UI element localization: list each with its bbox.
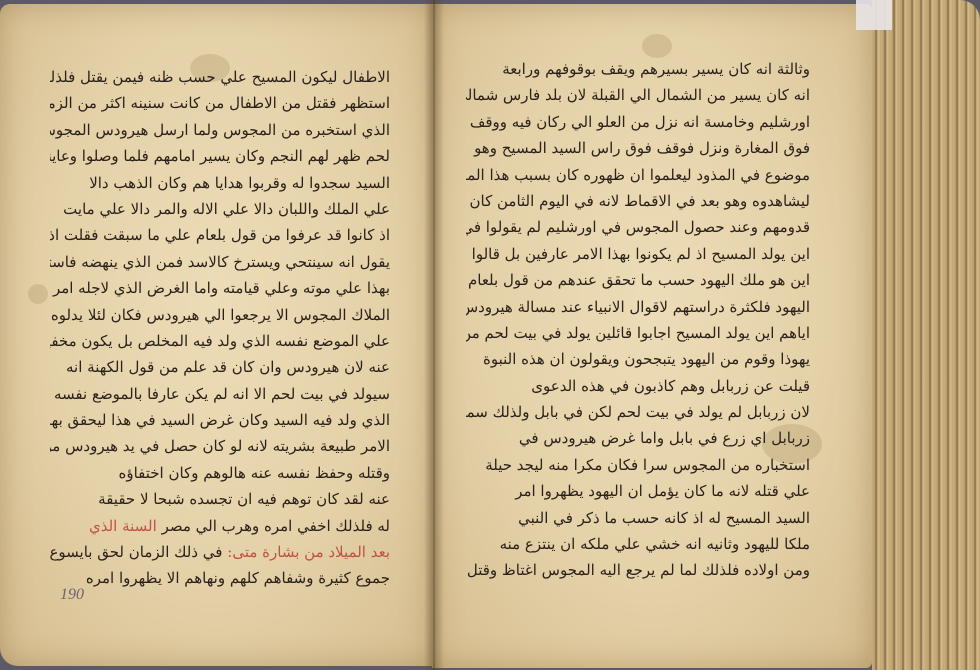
line-text: لحم ظهر لهم النجم وكان يسير امامهم فلما … bbox=[50, 147, 390, 165]
right-page: وثالثة انه كان يسير بسيرهم ويقف بوقوفهم … bbox=[432, 4, 872, 668]
manuscript-line: جموع كثيرة وشفاهم كلهم ونهاهم الا يظهروا… bbox=[50, 565, 390, 591]
stain bbox=[28, 284, 48, 304]
line-text: قيلت عن زربابل وهم كاذبون في هذه الدعوى bbox=[531, 377, 810, 395]
line-text: علي الملك واللبان دالا علي الاله والمر د… bbox=[63, 200, 390, 218]
manuscript-line: وثالثة انه كان يسير بسيرهم ويقف بوقوفهم … bbox=[466, 56, 810, 82]
manuscript-line: السيد المسيح له اذ كانه حسب ما ذكر في ال… bbox=[466, 505, 810, 531]
rubric-text: بعد الميلاد من بشارة متى: bbox=[227, 543, 390, 561]
line-text: عنه لقد كان توهم فيه ان تجسده شبحا لا حق… bbox=[98, 490, 390, 508]
manuscript-line: الاطفال ليكون المسيح علي حسب ظنه فيمن يق… bbox=[50, 64, 390, 90]
line-text: لان زربابل لم يولد في بيت لحم لكن في باب… bbox=[466, 403, 810, 421]
line-text: اورشليم وخامسة انه نزل من العلو الي ركان… bbox=[470, 113, 810, 131]
stain bbox=[642, 34, 672, 58]
line-text: وثالثة انه كان يسير بسيرهم ويقف بوقوفهم … bbox=[502, 60, 810, 78]
manuscript-line: لان زربابل لم يولد في بيت لحم لكن في باب… bbox=[466, 399, 810, 425]
manuscript-line: زربابل اي زرع في بابل واما غرض هيرودس في bbox=[466, 425, 810, 451]
line-text: اليهود فلكثرة دراستهم لاقوال الانبياء عن… bbox=[466, 298, 810, 316]
manuscript-line: انه كان يسير من الشمال الي القبلة لان بل… bbox=[466, 82, 810, 108]
line-text: وقتله وحفظ نفسه عنه هالوهم وكان اختفاؤه bbox=[119, 464, 391, 482]
manuscript-line: عنه لقد كان توهم فيه ان تجسده شبحا لا حق… bbox=[50, 486, 390, 512]
manuscript-line: اياهم اين يولد المسيح اجابوا قائلين يولد… bbox=[466, 320, 810, 346]
manuscript-line: بعد الميلاد من بشارة متى: في ذلك الزمان … bbox=[50, 539, 390, 565]
manuscript-line: قيلت عن زربابل وهم كاذبون في هذه الدعوى bbox=[466, 373, 810, 399]
manuscript-line: يقول انه سينتحي ويسترخ كالاسد فمن الذي ي… bbox=[50, 249, 390, 275]
line-text: عنه لان هيرودس وان كان قد علم من قول الك… bbox=[66, 358, 390, 376]
line-text: ومن اولاده فلذلك لما لم يرجع اليه المجوس… bbox=[467, 561, 810, 579]
manuscript-line: له فلذلك اخفي امره وهرب الي مصر السنة ال… bbox=[50, 513, 390, 539]
right-page-text: وثالثة انه كان يسير بسيرهم ويقف بوقوفهم … bbox=[466, 56, 810, 584]
manuscript-line: الامر طبيعة بشريته لانه لو كان حصل في يد… bbox=[50, 433, 390, 459]
manuscript-line: استخباره من المجوس سرا فكان مكرا منه ليج… bbox=[466, 452, 810, 478]
rubric-text: السنة الذي bbox=[89, 517, 157, 535]
line-text: جموع كثيرة وشفاهم كلهم ونهاهم الا يظهروا… bbox=[86, 569, 390, 587]
line-text: الامر طبيعة بشريته لانه لو كان حصل في يد… bbox=[50, 437, 390, 455]
line-text: انه كان يسير من الشمال الي القبلة لان بل… bbox=[466, 86, 810, 104]
left-page-text: الاطفال ليكون المسيح علي حسب ظنه فيمن يق… bbox=[50, 64, 390, 592]
manuscript-line: يهوذا وقوم من اليهود يتبجحون ويقولون ان … bbox=[466, 346, 810, 372]
line-text: السيد المسيح له اذ كانه حسب ما ذكر في ال… bbox=[518, 509, 810, 527]
manuscript-line: موضوع في المذود ليعلموا ان ظهوره كان بسب… bbox=[466, 162, 810, 188]
manuscript-line: بهذا علي موته وعلي قيامته واما الغرض الذ… bbox=[50, 275, 390, 301]
manuscript-line: اذ كانوا قد عرفوا من قول بلعام علي ما سب… bbox=[50, 222, 390, 248]
manuscript-line: علي الموضع نفسه الذي ولد فيه المخلص بل ي… bbox=[50, 328, 390, 354]
manuscript-line: علي قتله لانه ما كان يؤمل ان اليهود يظهر… bbox=[466, 478, 810, 504]
line-text: له فلذلك اخفي امره وهرب الي مصر bbox=[162, 517, 390, 535]
manuscript-line: سيولد في بيت لحم الا انه لم يكن عارفا با… bbox=[50, 381, 390, 407]
manuscript-line: ليشاهدوه وهو بعد في الاقماط لانه في اليو… bbox=[466, 188, 810, 214]
line-text: اياهم اين يولد المسيح اجابوا قائلين يولد… bbox=[466, 324, 810, 342]
manuscript-line: فوق المغارة ونزل فوقف فوق راس السيد المس… bbox=[466, 135, 810, 161]
manuscript-line: الذي ولد فيه السيد وكان غرض السيد في هذا… bbox=[50, 407, 390, 433]
line-text: ملكا لليهود وثانيه انه خشي علي ملكه ان ي… bbox=[500, 535, 810, 553]
line-text: علي قتله لانه ما كان يؤمل ان اليهود يظهر… bbox=[515, 482, 810, 500]
line-text: موضوع في المذود ليعلموا ان ظهوره كان بسب… bbox=[466, 166, 810, 184]
manuscript-line: ومن اولاده فلذلك لما لم يرجع اليه المجوس… bbox=[466, 557, 810, 583]
paper-tab bbox=[856, 0, 892, 30]
manuscript-line: الذي استخبره من المجوس ولما ارسل هيرودس … bbox=[50, 117, 390, 143]
manuscript-line: اورشليم وخامسة انه نزل من العلو الي ركان… bbox=[466, 109, 810, 135]
line-text: بهذا علي موته وعلي قيامته واما الغرض الذ… bbox=[53, 279, 390, 297]
folio-number: 190 bbox=[60, 586, 84, 604]
line-text: زربابل اي زرع في بابل واما غرض هيرودس في bbox=[519, 429, 810, 447]
line-text: الذي ولد فيه السيد وكان غرض السيد في هذا… bbox=[50, 411, 390, 429]
manuscript-line: لحم ظهر لهم النجم وكان يسير امامهم فلما … bbox=[50, 143, 390, 169]
manuscript-spread: الاطفال ليكون المسيح علي حسب ظنه فيمن يق… bbox=[0, 0, 980, 670]
manuscript-line: قدومهم وعند حصول المجوس في اورشليم لم يق… bbox=[466, 214, 810, 240]
manuscript-line: استظهر فقتل من الاطفال من كانت سنينه اكث… bbox=[50, 90, 390, 116]
manuscript-line: علي الملك واللبان دالا علي الاله والمر د… bbox=[50, 196, 390, 222]
line-text: فوق المغارة ونزل فوقف فوق راس السيد المس… bbox=[474, 139, 810, 157]
line-text: الذي استخبره من المجوس ولما ارسل هيرودس … bbox=[50, 121, 390, 139]
line-text: الاطفال ليكون المسيح علي حسب ظنه فيمن يق… bbox=[50, 68, 390, 86]
manuscript-line: السيد سجدوا له وقربوا هدايا هم وكان الذه… bbox=[50, 170, 390, 196]
line-text: ليشاهدوه وهو بعد في الاقماط لانه في اليو… bbox=[470, 192, 810, 210]
line-text: علي الموضع نفسه الذي ولد فيه المخلص بل ي… bbox=[50, 332, 390, 350]
manuscript-line: اين يولد المسيح اذ لم يكونوا بهذا الامر … bbox=[466, 241, 810, 267]
manuscript-line: اين هو ملك اليهود حسب ما تحقق عندهم من ق… bbox=[466, 267, 810, 293]
line-text: استخباره من المجوس سرا فكان مكرا منه ليج… bbox=[485, 456, 810, 474]
manuscript-line: الملاك المجوس الا يرجعوا الي هيرودس فكان… bbox=[50, 302, 390, 328]
line-text: اذ كانوا قد عرفوا من قول بلعام علي ما سب… bbox=[50, 226, 390, 244]
line-text: يهوذا وقوم من اليهود يتبجحون ويقولون ان … bbox=[483, 350, 810, 368]
manuscript-line: عنه لان هيرودس وان كان قد علم من قول الك… bbox=[50, 354, 390, 380]
manuscript-line: ملكا لليهود وثانيه انه خشي علي ملكه ان ي… bbox=[466, 531, 810, 557]
line-text: في ذلك الزمان لحق بايسوع bbox=[50, 543, 222, 561]
line-text: سيولد في بيت لحم الا انه لم يكن عارفا با… bbox=[54, 385, 390, 403]
line-text: الملاك المجوس الا يرجعوا الي هيرودس فكان… bbox=[51, 306, 390, 324]
line-text: استظهر فقتل من الاطفال من كانت سنينه اكث… bbox=[50, 94, 390, 112]
manuscript-line: وقتله وحفظ نفسه عنه هالوهم وكان اختفاؤه bbox=[50, 460, 390, 486]
line-text: قدومهم وعند حصول المجوس في اورشليم لم يق… bbox=[466, 218, 810, 236]
line-text: اين هو ملك اليهود حسب ما تحقق عندهم من ق… bbox=[466, 271, 810, 289]
line-text: يقول انه سينتحي ويسترخ كالاسد فمن الذي ي… bbox=[50, 253, 390, 271]
book-gutter bbox=[424, 0, 444, 670]
left-page: الاطفال ليكون المسيح علي حسب ظنه فيمن يق… bbox=[0, 4, 432, 666]
line-text: اين يولد المسيح اذ لم يكونوا بهذا الامر … bbox=[472, 245, 810, 263]
line-text: السيد سجدوا له وقربوا هدايا هم وكان الذه… bbox=[89, 174, 390, 192]
page-edges bbox=[872, 0, 980, 670]
manuscript-line: اليهود فلكثرة دراستهم لاقوال الانبياء عن… bbox=[466, 294, 810, 320]
